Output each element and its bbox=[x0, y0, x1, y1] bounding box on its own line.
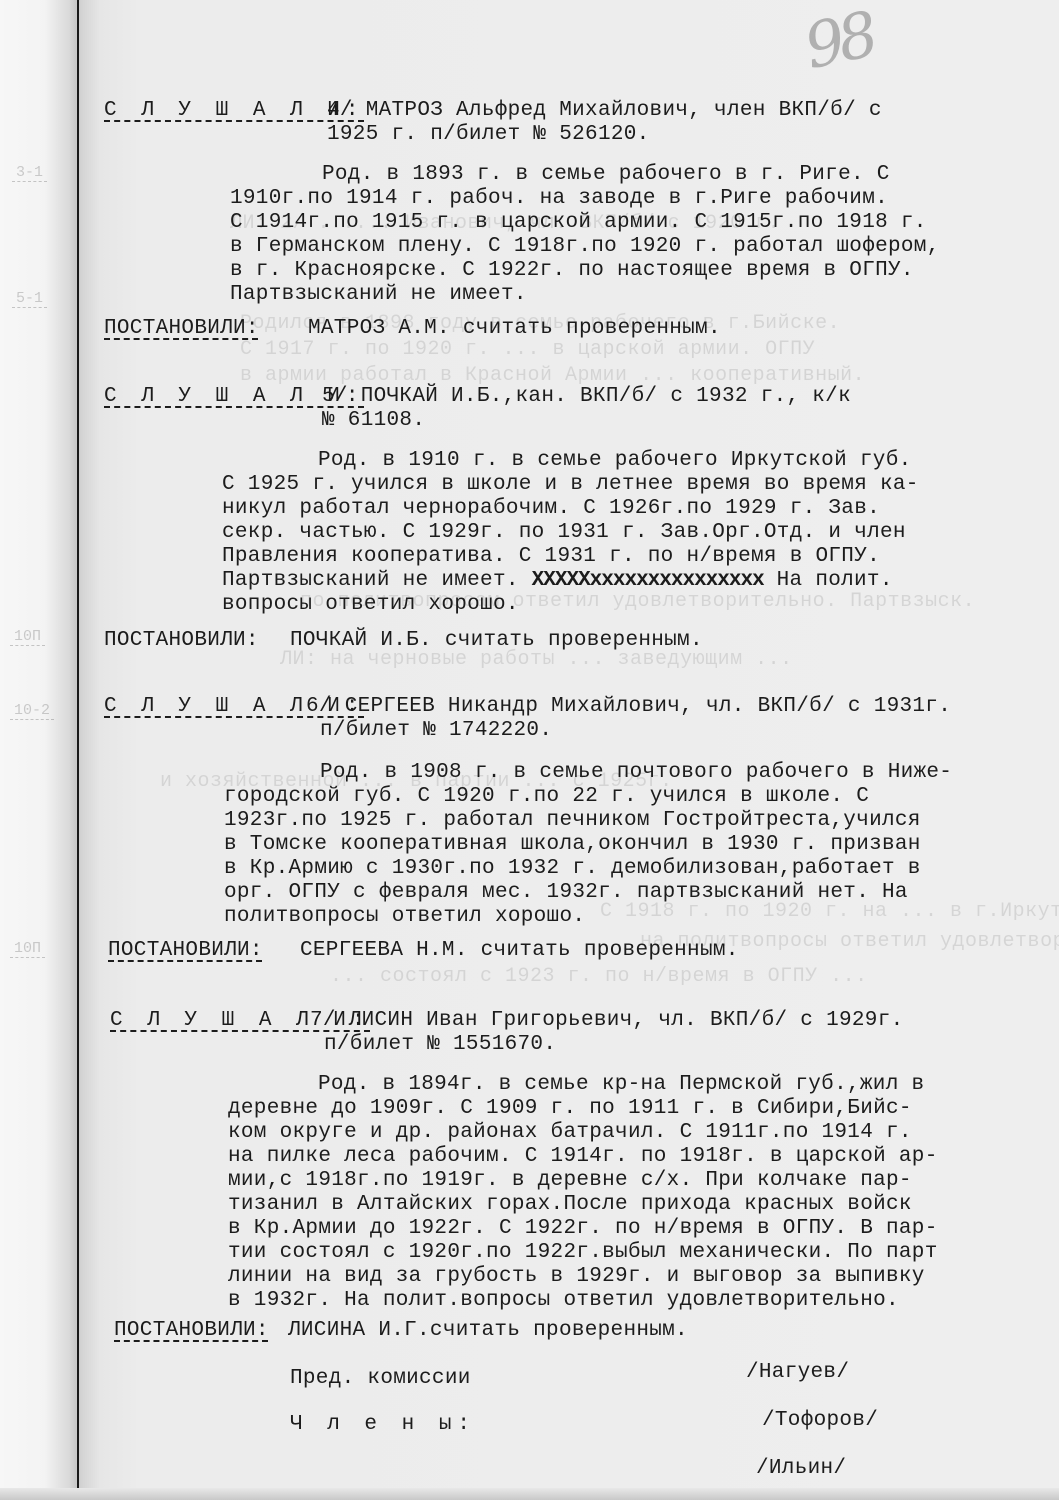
bleed-through-text: ... состоял с 1923 г. по н/время в ОГПУ … bbox=[330, 965, 868, 988]
bio-line: в 1932г. На полит.вопросы ответил удовле… bbox=[228, 1288, 899, 1314]
heard-subject: 4/ МАТРОЗ Альфред Михайлович, член ВКП/б… bbox=[327, 98, 882, 124]
bio-line: деревне до 1909г. С 1909 г. по 1911 г. в… bbox=[228, 1096, 912, 1122]
bio-line: 1923г.по 1925 г. работал печником Гостро… bbox=[224, 808, 921, 834]
resolved-label: ПОСТАНОВИЛИ: bbox=[104, 316, 259, 342]
bio-line: Партвзысканий не имеет. ХХХХХххххххххххх… bbox=[222, 568, 893, 594]
resolved-label: ПОСТАНОВИЛИ: bbox=[114, 1318, 269, 1344]
bio-line: С 1914г.по 1915 г. в царской армии. С 19… bbox=[230, 210, 927, 236]
member-name: /Ильин/ bbox=[756, 1456, 846, 1482]
resolved-label: ПОСТАНОВИЛИ: bbox=[108, 938, 263, 964]
heard-subject-cont: п/билет № 1742220. bbox=[320, 718, 552, 744]
member-name: /Тофоров/ bbox=[762, 1408, 878, 1434]
bio-line: политвопросы ответил хорошо. bbox=[224, 904, 585, 930]
bio-line: вопросы ответил хорошо. bbox=[222, 592, 519, 618]
bio-line: Род. в 1910 г. в семье рабочего Иркутско… bbox=[318, 448, 912, 474]
bio-line: Род. в 1893 г. в семье рабочего в г. Риг… bbox=[322, 162, 890, 188]
resolved-text: ЛИСИНА И.Г.считать проверенным. bbox=[288, 1318, 688, 1344]
resolved-text: ПОЧКАЙ И.Б. считать проверенным. bbox=[290, 628, 703, 654]
bio-line: городской губ. С 1920 г.по 22 г. учился … bbox=[224, 784, 869, 810]
heard-subject: 6/ СЕРГЕЕВ Никандр Михайлович, чл. ВКП/б… bbox=[306, 694, 951, 720]
chair-label: Пред. комиссии bbox=[290, 1366, 471, 1392]
struck-out-text: ХХХХХххххххххххххххх bbox=[532, 569, 764, 592]
bio-line: тизанил в Алтайских горах.После прихода … bbox=[228, 1192, 912, 1218]
bio-line-tail: На полит. bbox=[777, 569, 893, 592]
document-page: ЛИ: 2/ ...... Иванович, чл. ВКП/б/ с 192… bbox=[0, 0, 1059, 1500]
bio-line: С 1925 г. учился в школе и в летнее врем… bbox=[222, 472, 919, 498]
heard-label: С Л У Ш А Л И: bbox=[104, 98, 364, 124]
members-label: Ч л е н ы: bbox=[290, 1412, 476, 1438]
resolved-text: МАТРОЗ А.М. считать проверенным. bbox=[308, 316, 721, 342]
margin-mark: 10-2 bbox=[10, 702, 54, 720]
resolved-label: ПОСТАНОВИЛИ: bbox=[104, 628, 259, 654]
bio-line: Род. в 1894г. в семье кр-на Пермской губ… bbox=[318, 1072, 924, 1098]
page-bottom-edge bbox=[0, 1488, 1059, 1500]
heard-subject-cont: п/билет № 1551670. bbox=[324, 1032, 556, 1058]
bio-line: 1910г.по 1914 г. рабоч. на заводе в г.Ри… bbox=[230, 186, 888, 212]
bio-line: в Кр.Армии до 1922г. С 1922г. по н/время… bbox=[228, 1216, 938, 1242]
bio-line: ком округе и др. районах батрачил. С 191… bbox=[228, 1120, 912, 1146]
bio-line: в Томске кооперативная школа,окончил в 1… bbox=[224, 832, 921, 858]
bio-line: мии,с 1918г.по 1919г. в деревне с/х. При… bbox=[228, 1168, 912, 1194]
resolved-text: СЕРГЕЕВА Н.М. считать проверенным. bbox=[300, 938, 739, 964]
bio-line: орг. ОГПУ с февраля мес. 1932г. партвзыс… bbox=[224, 880, 908, 906]
binding-edge bbox=[77, 0, 79, 1500]
heard-subject-cont: 1925 г. п/билет № 526120. bbox=[327, 122, 650, 148]
bio-line: в Германском плену. С 1918г.по 1920 г. р… bbox=[230, 234, 940, 260]
bio-line: секр. частью. С 1929г. по 1931 г. Зав.Ор… bbox=[222, 520, 906, 546]
margin-mark: 10П bbox=[10, 628, 45, 646]
bio-line: в г. Красноярске. С 1922г. по настоящее … bbox=[230, 258, 914, 284]
chair-name: /Нагуев/ bbox=[746, 1360, 849, 1386]
bio-line: Партвзысканий не имеет. bbox=[230, 282, 527, 308]
bio-line: тии состоял с 1920г.по 1922г.выбыл механ… bbox=[228, 1240, 938, 1266]
margin-mark: 10П bbox=[10, 940, 45, 958]
page-number: 98 bbox=[798, 0, 879, 83]
margin-mark: 3-1 bbox=[12, 164, 47, 182]
bio-line: в Кр.Армию с 1930г.по 1932 г. демобилизо… bbox=[224, 856, 921, 882]
margin-mark: 5-1 bbox=[12, 290, 47, 308]
heard-subject: 7/ ЛИСИН Иван Григорьевич, чл. ВКП/б/ с … bbox=[310, 1008, 904, 1034]
bio-line: на пилке леса рабочим. С 1914г. по 1918г… bbox=[228, 1144, 938, 1170]
bio-line-text: Партвзысканий не имеет. bbox=[222, 569, 519, 592]
bio-line: никул работал чернорабочим. С 1926г.по 1… bbox=[222, 496, 880, 522]
heard-subject: 5/ ПОЧКАЙ И.Б.,кан. ВКП/б/ с 1932 г., к/… bbox=[322, 384, 851, 410]
bio-line: Род. в 1908 г. в семье почтового рабочег… bbox=[320, 760, 952, 786]
bio-line: Правления кооператива. С 1931 г. по н/вр… bbox=[222, 544, 880, 570]
bio-line: линии на вид за грубость в 1929г. и выго… bbox=[228, 1264, 925, 1290]
heard-subject-cont: № 61108. bbox=[322, 408, 425, 434]
